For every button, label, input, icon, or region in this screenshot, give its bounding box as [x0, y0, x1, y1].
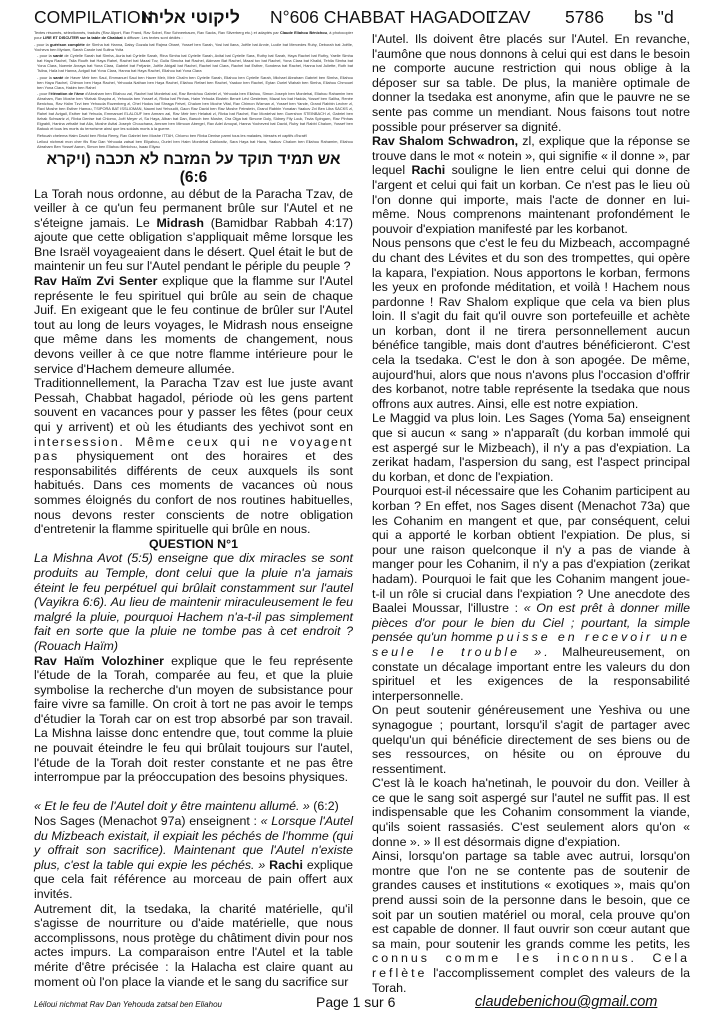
footer-dedication: Léiloui nichmat Rav Dan Yehouda zatsal b…: [34, 1000, 222, 1009]
question-text: La Mishna Avot (5:5) enseigne que dix mi…: [34, 551, 353, 653]
compilation-label: COMPILATION: [34, 6, 153, 28]
paragraph-volozhiner: Rav Haïm Volozhiner explique que le feu …: [34, 654, 353, 785]
question-title: QUESTION N°1: [34, 537, 353, 552]
dedication-leiloui: Leiloui nichmat mon cher fils Rav Dan Ye…: [34, 139, 353, 149]
paragraph-senter: Rav Haïm Zvi Senter explique que la flam…: [34, 274, 353, 376]
issue-number: N°606 CHABBAT HAGADOL: [270, 6, 495, 28]
verse-title-hebrew: אש תמיד תוקד על המזבח לא תכבה (ויקרא 6:6…: [34, 151, 353, 187]
midrash-ref: Midrash: [156, 216, 204, 230]
rav-schwadron-name: Rav Shalom Schwadron,: [372, 134, 518, 148]
rav-volozhiner-name: Rav Haïm Volozhiner: [34, 654, 164, 668]
paragraph-mizbeach: Nous pensons que c'est le feu du Mizbeac…: [372, 236, 690, 411]
email-link[interactable]: claudebenichou@gmail.com: [475, 994, 657, 1010]
dedication-intro: Textes résumés, sélectionnés, traduits (…: [34, 30, 353, 40]
parasha-name: TZAV: [487, 6, 530, 28]
rachi-name: Rachi: [269, 858, 303, 872]
page-number: Page 1 sur 6: [316, 994, 395, 1010]
paragraph-yeshiva: On peut soutenir généreusement une Yeshi…: [372, 703, 690, 776]
left-column: Textes résumés, sélectionnés, traduits (…: [34, 30, 353, 989]
right-column: l'Autel. Ils doivent être placés sur l'A…: [372, 32, 690, 995]
dedication-sante-men: - pour la santé de Haver Meir ben Saul, …: [34, 75, 353, 90]
dedication-refoua: - pour la guérison complète de Simha bat…: [34, 42, 353, 52]
bsd-mark: bs ''d: [634, 6, 674, 28]
page-footer: Léiloui nichmat Rav Dan Yehouda zatsal b…: [34, 994, 694, 1014]
dedication-sante-women: - pour la santé de Cyrielle Sarah bat Si…: [34, 53, 353, 73]
paragraph-cohanim: Pourquoi est-il nécessaire que les Cohan…: [372, 484, 690, 703]
paragraph-autel: l'Autel. Ils doivent être placés sur l'A…: [372, 32, 690, 134]
paragraph-conclusion: Ainsi, lorsqu'on partage sa table avec a…: [372, 849, 690, 995]
rachi-name-2: Rachi: [411, 163, 445, 177]
dedications-block: Textes résumés, sélectionnés, traduits (…: [34, 30, 353, 149]
paragraph-intro: La Torah nous ordonne, au début de la Pa…: [34, 187, 353, 275]
verse-quote: « Et le feu de l'Autel doit y être maint…: [34, 799, 353, 814]
rav-senter-name: Rav Haïm Zvi Senter: [34, 274, 157, 288]
paragraph-schwadron: Rav Shalom Schwadron, zl, explique que l…: [372, 134, 690, 236]
paragraph-tradition: Traditionnellement, la Paracha Tzav est …: [34, 376, 353, 537]
hebrew-year: 5786: [565, 6, 604, 28]
page-header: COMPILATION ליקוטי אליהו N°606 CHABBAT H…: [34, 6, 694, 28]
paragraph-koach: C'est là le koach ha'netinah, le pouvoir…: [372, 776, 690, 849]
spacer: [34, 785, 353, 800]
paragraph-tsedaka: Autrement dit, la tsedaka, la charité ma…: [34, 902, 353, 990]
paragraph-menachot: Nos Sages (Menachot 97a) enseignent : « …: [34, 814, 353, 902]
dedication-elevation: - pour l'élévation de l'âme d'Abraham be…: [34, 91, 353, 131]
dedication-refoua-chlema: Refouah chelema Haim David ben Rivka Rem…: [34, 133, 353, 138]
paragraph-maggid: Le Maggid va plus loin. Les Sages (Yoma …: [372, 411, 690, 484]
hebrew-title: ליקוטי אליהו: [142, 6, 240, 28]
